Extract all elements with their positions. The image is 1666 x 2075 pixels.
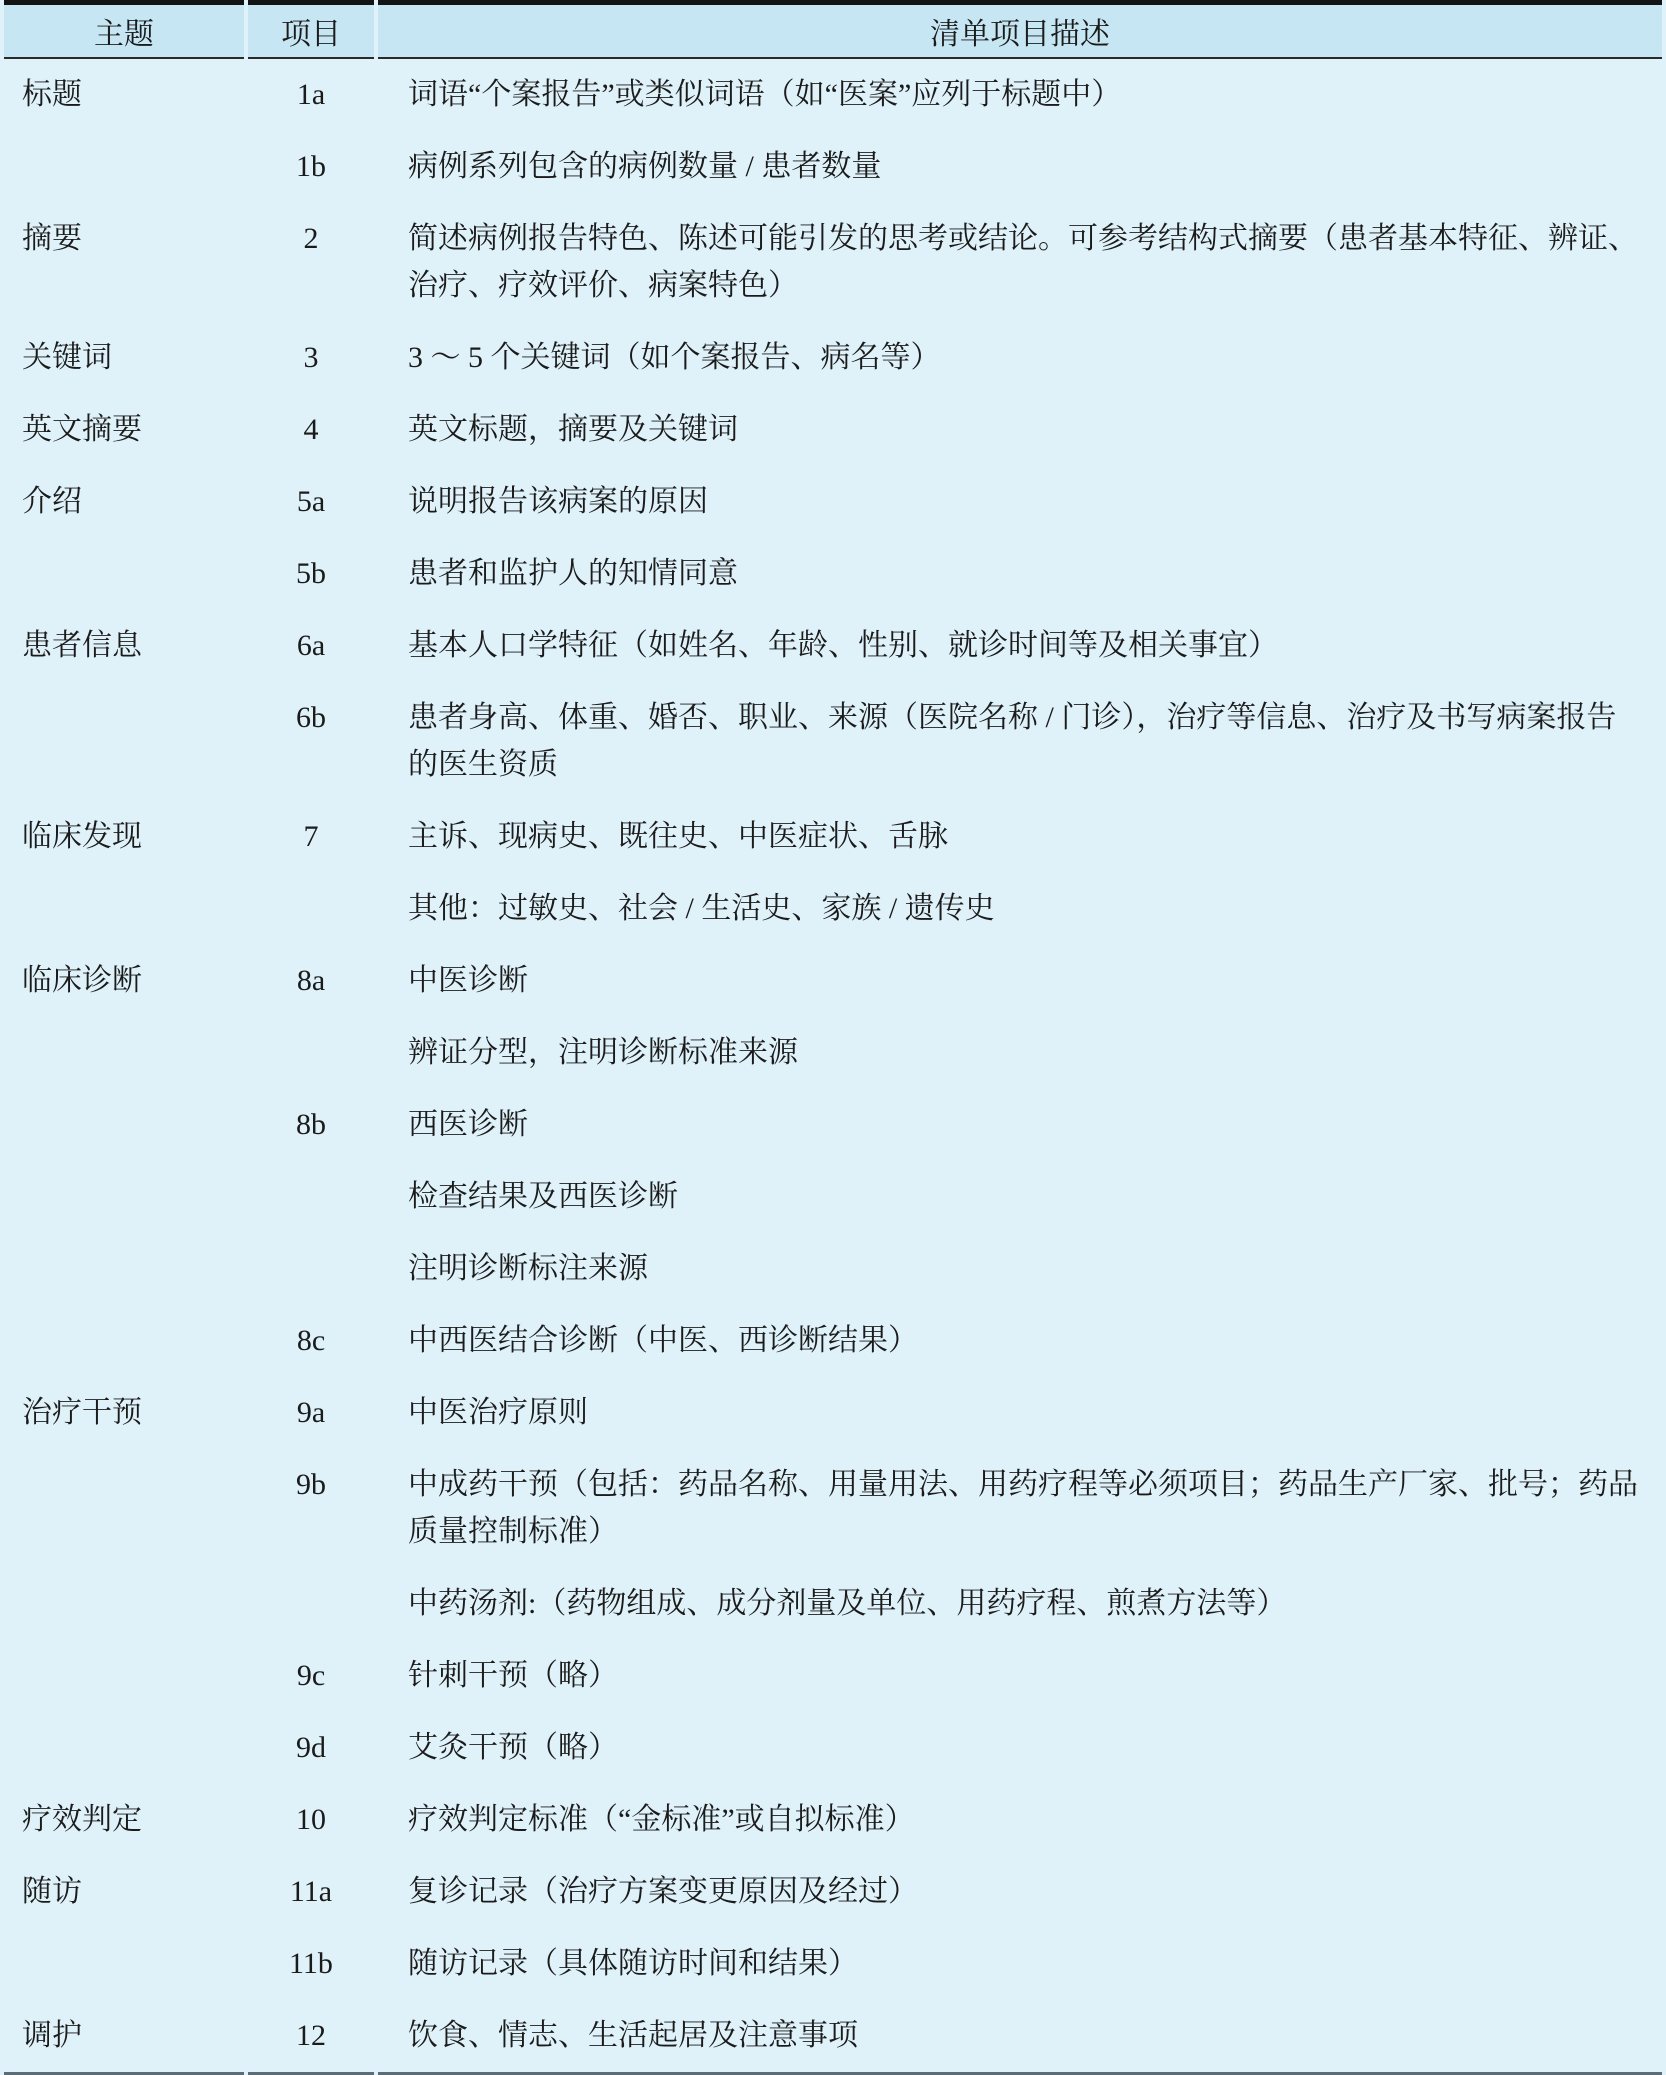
description-cell: 说明报告该病案的原因 (378, 466, 1662, 538)
item-cell: 2 (248, 203, 374, 322)
table-row: 8b西医诊断 (4, 1089, 1662, 1161)
item-cell: 12 (248, 2000, 374, 2075)
table-row: 中药汤剂:（药物组成、成分剂量及单位、用药疗程、煎煮方法等） (4, 1568, 1662, 1640)
table-row: 随访11a复诊记录（治疗方案变更原因及经过） (4, 1856, 1662, 1928)
table-row: 11b随访记录（具体随访时间和结果） (4, 1928, 1662, 2000)
description-cell: 基本人口学特征（如姓名、年龄、性别、就诊时间等及相关事宜） (378, 610, 1662, 682)
description-cell: 3 ～ 5 个关键词（如个案报告、病名等） (378, 322, 1662, 394)
topic-cell: 患者信息 (4, 610, 244, 682)
item-cell: 11b (248, 1928, 374, 2000)
description-cell: 注明诊断标注来源 (378, 1233, 1662, 1305)
item-cell: 5a (248, 466, 374, 538)
column-header-description: 清单项目描述 (378, 0, 1662, 59)
table-row: 检查结果及西医诊断 (4, 1161, 1662, 1233)
item-cell: 4 (248, 394, 374, 466)
table-row: 注明诊断标注来源 (4, 1233, 1662, 1305)
column-header-topic: 主题 (4, 0, 244, 59)
item-cell: 1a (248, 59, 374, 131)
topic-cell: 介绍 (4, 466, 244, 538)
topic-cell (4, 1305, 244, 1377)
item-cell: 7 (248, 801, 374, 873)
item-cell: 6b (248, 682, 374, 801)
description-cell: 词语“个案报告”或类似词语（如“医案”应列于标题中） (378, 59, 1662, 131)
description-cell: 检查结果及西医诊断 (378, 1161, 1662, 1233)
item-cell: 10 (248, 1784, 374, 1856)
description-cell: 患者和监护人的知情同意 (378, 538, 1662, 610)
description-cell: 患者身高、体重、婚否、职业、来源（医院名称 / 门诊），治疗等信息、治疗及书写病… (378, 682, 1662, 801)
description-cell: 中医治疗原则 (378, 1377, 1662, 1449)
checklist-table-body: 标题1a词语“个案报告”或类似词语（如“医案”应列于标题中）1b病例系列包含的病… (4, 59, 1662, 2075)
table-row: 标题1a词语“个案报告”或类似词语（如“医案”应列于标题中） (4, 59, 1662, 131)
description-cell: 针刺干预（略） (378, 1640, 1662, 1712)
topic-cell (4, 1568, 244, 1640)
table-row: 1b病例系列包含的病例数量 / 患者数量 (4, 131, 1662, 203)
column-header-item: 项目 (248, 0, 374, 59)
description-cell: 西医诊断 (378, 1089, 1662, 1161)
topic-cell (4, 1712, 244, 1784)
topic-cell (4, 1233, 244, 1305)
topic-cell: 临床发现 (4, 801, 244, 873)
topic-cell (4, 873, 244, 945)
description-cell: 饮食、情志、生活起居及注意事项 (378, 2000, 1662, 2075)
topic-cell (4, 131, 244, 203)
table-row: 临床诊断8a中医诊断 (4, 945, 1662, 1017)
table-row: 6b患者身高、体重、婚否、职业、来源（医院名称 / 门诊），治疗等信息、治疗及书… (4, 682, 1662, 801)
topic-cell: 临床诊断 (4, 945, 244, 1017)
description-cell: 其他：过敏史、社会 / 生活史、家族 / 遗传史 (378, 873, 1662, 945)
table-row: 9d艾灸干预（略） (4, 1712, 1662, 1784)
item-cell: 9b (248, 1449, 374, 1568)
table-header: 主题 项目 清单项目描述 (4, 0, 1662, 59)
table-row: 临床发现7主诉、现病史、既往史、中医症状、舌脉 (4, 801, 1662, 873)
description-cell: 简述病例报告特色、陈述可能引发的思考或结论。可参考结构式摘要（患者基本特征、辨证… (378, 203, 1662, 322)
item-cell: 8c (248, 1305, 374, 1377)
item-cell (248, 873, 374, 945)
item-cell (248, 1568, 374, 1640)
table-row: 调护12饮食、情志、生活起居及注意事项 (4, 2000, 1662, 2075)
table-row: 疗效判定10疗效判定标准（“金标准”或自拟标准） (4, 1784, 1662, 1856)
description-cell: 随访记录（具体随访时间和结果） (378, 1928, 1662, 2000)
topic-cell: 随访 (4, 1856, 244, 1928)
topic-cell: 标题 (4, 59, 244, 131)
topic-cell: 关键词 (4, 322, 244, 394)
item-cell (248, 1161, 374, 1233)
item-cell: 9c (248, 1640, 374, 1712)
topic-cell (4, 1640, 244, 1712)
topic-cell (4, 682, 244, 801)
description-cell: 英文标题，摘要及关键词 (378, 394, 1662, 466)
table-row: 9c针刺干预（略） (4, 1640, 1662, 1712)
topic-cell: 疗效判定 (4, 1784, 244, 1856)
item-cell: 8b (248, 1089, 374, 1161)
description-cell: 疗效判定标准（“金标准”或自拟标准） (378, 1784, 1662, 1856)
item-cell: 11a (248, 1856, 374, 1928)
table-row: 8c中西医结合诊断（中医、西诊断结果） (4, 1305, 1662, 1377)
description-cell: 病例系列包含的病例数量 / 患者数量 (378, 131, 1662, 203)
item-cell: 5b (248, 538, 374, 610)
item-cell: 8a (248, 945, 374, 1017)
table-row: 治疗干预9a中医治疗原则 (4, 1377, 1662, 1449)
table-row: 9b中成药干预（包括：药品名称、用量用法、用药疗程等必须项目；药品生产厂家、批号… (4, 1449, 1662, 1568)
description-cell: 中成药干预（包括：药品名称、用量用法、用药疗程等必须项目；药品生产厂家、批号；药… (378, 1449, 1662, 1568)
item-cell: 3 (248, 322, 374, 394)
table-row: 其他：过敏史、社会 / 生活史、家族 / 遗传史 (4, 873, 1662, 945)
topic-cell: 英文摘要 (4, 394, 244, 466)
topic-cell: 调护 (4, 2000, 244, 2075)
description-cell: 中药汤剂:（药物组成、成分剂量及单位、用药疗程、煎煮方法等） (378, 1568, 1662, 1640)
table-row: 5b患者和监护人的知情同意 (4, 538, 1662, 610)
description-cell: 中医诊断 (378, 945, 1662, 1017)
topic-cell (4, 1017, 244, 1089)
topic-cell: 治疗干预 (4, 1377, 244, 1449)
item-cell (248, 1233, 374, 1305)
table-row: 介绍5a说明报告该病案的原因 (4, 466, 1662, 538)
table-row: 英文摘要4英文标题，摘要及关键词 (4, 394, 1662, 466)
description-cell: 主诉、现病史、既往史、中医症状、舌脉 (378, 801, 1662, 873)
table-row: 关键词33 ～ 5 个关键词（如个案报告、病名等） (4, 322, 1662, 394)
topic-cell (4, 538, 244, 610)
header-row: 主题 项目 清单项目描述 (4, 0, 1662, 59)
topic-cell: 摘要 (4, 203, 244, 322)
table-row: 患者信息6a基本人口学特征（如姓名、年龄、性别、就诊时间等及相关事宜） (4, 610, 1662, 682)
table-row: 摘要2简述病例报告特色、陈述可能引发的思考或结论。可参考结构式摘要（患者基本特征… (4, 203, 1662, 322)
description-cell: 辨证分型，注明诊断标准来源 (378, 1017, 1662, 1089)
checklist-table: 主题 项目 清单项目描述 标题1a词语“个案报告”或类似词语（如“医案”应列于标… (0, 0, 1666, 2075)
item-cell: 9a (248, 1377, 374, 1449)
item-cell (248, 1017, 374, 1089)
topic-cell (4, 1449, 244, 1568)
item-cell: 9d (248, 1712, 374, 1784)
description-cell: 中西医结合诊断（中医、西诊断结果） (378, 1305, 1662, 1377)
topic-cell (4, 1928, 244, 2000)
table-row: 辨证分型，注明诊断标准来源 (4, 1017, 1662, 1089)
description-cell: 艾灸干预（略） (378, 1712, 1662, 1784)
topic-cell (4, 1089, 244, 1161)
description-cell: 复诊记录（治疗方案变更原因及经过） (378, 1856, 1662, 1928)
topic-cell (4, 1161, 244, 1233)
item-cell: 1b (248, 131, 374, 203)
item-cell: 6a (248, 610, 374, 682)
